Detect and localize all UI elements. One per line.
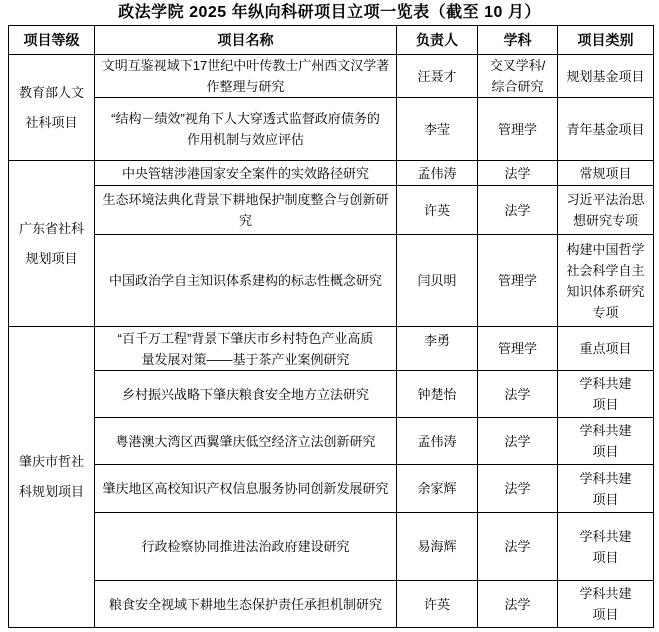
category-cell: 学科共建 项目 <box>558 513 654 581</box>
category-cell: 习近平法治思 想研究专项 <box>558 186 654 235</box>
page-title: 政法学院 2025 年纵向科研项目立项一览表（截至 10 月） <box>0 0 659 25</box>
project-name-cell: 行政检察协同推进法治政府建设研究 <box>95 513 397 581</box>
discipline-cell: 法学 <box>478 581 558 628</box>
discipline-cell: 管理学 <box>478 327 558 371</box>
pi-cell: 许英 <box>397 186 478 235</box>
project-name-cell: 乡村振兴战略下肇庆粮食安全地方立法研究 <box>95 371 397 418</box>
pi-cell: 钟楚怡 <box>397 371 478 418</box>
pi-cell: 孟伟涛 <box>397 418 478 465</box>
project-name-cell: “结构－绩效”视角下人大穿透式监督政府债务的 作用机制与效应评估 <box>95 98 397 161</box>
col-discipline: 学科 <box>478 26 558 55</box>
col-project-name: 项目名称 <box>95 26 397 55</box>
discipline-cell: 法学 <box>478 513 558 581</box>
discipline-cell: 法学 <box>478 465 558 513</box>
project-name-cell: 粤港澳大湾区西翼肇庆低空经济立法创新研究 <box>95 418 397 465</box>
pi-cell: 孟伟涛 <box>397 161 478 186</box>
category-cell: 构建中国哲学 社会科学自主 知识体系研究 专项 <box>558 235 654 327</box>
pi-cell: 余家辉 <box>397 465 478 513</box>
table-row: 乡村振兴战略下肇庆粮食安全地方立法研究钟楚怡法学学科共建 项目 <box>9 371 654 418</box>
pi-cell: 许英 <box>397 581 478 628</box>
table-row: 肇庆地区高校知识产权信息服务协同创新发展研究余家辉法学学科共建 项目 <box>9 465 654 513</box>
project-name-cell: 生态环境法典化背景下耕地保护制度整合与创新研 究 <box>95 186 397 235</box>
pi-cell: 闫贝明 <box>397 235 478 327</box>
project-name-cell: “百千万工程”背景下肇庆市乡村特色产业高质 量发展对策——基于茶产业案例研究 <box>95 327 397 371</box>
col-pi: 负责人 <box>397 26 478 55</box>
discipline-cell: 交叉学科/ 综合研究 <box>478 55 558 98</box>
project-level-cell: 教育部人文 社科项目 <box>9 55 95 161</box>
discipline-cell: 管理学 <box>478 98 558 161</box>
project-name-cell: 文明互鉴视域下17世纪中叶传教士广州西文汉学著 作整理与研究 <box>95 55 397 98</box>
table-row: 广东省社科 规划项目中央管辖涉港国家安全案件的实效路径研究孟伟涛法学常规项目 <box>9 161 654 186</box>
category-cell: 常规项目 <box>558 161 654 186</box>
category-cell: 学科共建 项目 <box>558 371 654 418</box>
table-row: 行政检察协同推进法治政府建设研究易海辉法学学科共建 项目 <box>9 513 654 581</box>
pi-cell: 李莹 <box>397 98 478 161</box>
table-row: 粤港澳大湾区西翼肇庆低空经济立法创新研究孟伟涛法学学科共建 项目 <box>9 418 654 465</box>
table-row: 生态环境法典化背景下耕地保护制度整合与创新研 究许英法学习近平法治思 想研究专项 <box>9 186 654 235</box>
table-row: 中国政治学自主知识体系建构的标志性概念研究闫贝明管理学构建中国哲学 社会科学自主… <box>9 235 654 327</box>
project-name-cell: 粮食安全视域下耕地生态保护责任承担机制研究 <box>95 581 397 628</box>
project-level-cell: 肇庆市哲社 科规划项目 <box>9 327 95 628</box>
project-level-cell: 广东省社科 规划项目 <box>9 161 95 327</box>
table-row: 粮食安全视域下耕地生态保护责任承担机制研究许英法学学科共建 项目 <box>9 581 654 628</box>
table-row: “结构－绩效”视角下人大穿透式监督政府债务的 作用机制与效应评估李莹管理学青年基… <box>9 98 654 161</box>
project-name-cell: 肇庆地区高校知识产权信息服务协同创新发展研究 <box>95 465 397 513</box>
discipline-cell: 法学 <box>478 418 558 465</box>
category-cell: 学科共建 项目 <box>558 418 654 465</box>
pi-cell: 易海辉 <box>397 513 478 581</box>
discipline-cell: 法学 <box>478 186 558 235</box>
header-row: 项目等级项目名称负责人学科项目类别 <box>9 26 654 55</box>
pi-cell: 李勇 <box>397 327 478 371</box>
category-cell: 重点项目 <box>558 327 654 371</box>
pi-cell: 汪聂才 <box>397 55 478 98</box>
project-name-cell: 中央管辖涉港国家安全案件的实效路径研究 <box>95 161 397 186</box>
category-cell: 学科共建 项目 <box>558 465 654 513</box>
col-project-level: 项目等级 <box>9 26 95 55</box>
table-row: 肇庆市哲社 科规划项目“百千万工程”背景下肇庆市乡村特色产业高质 量发展对策——… <box>9 327 654 371</box>
document-page: 政法学院 2025 年纵向科研项目立项一览表（截至 10 月） 项目等级项目名称… <box>0 0 659 628</box>
col-category: 项目类别 <box>558 26 654 55</box>
discipline-cell: 法学 <box>478 371 558 418</box>
discipline-cell: 管理学 <box>478 235 558 327</box>
discipline-cell: 法学 <box>478 161 558 186</box>
project-name-cell: 中国政治学自主知识体系建构的标志性概念研究 <box>95 235 397 327</box>
category-cell: 青年基金项目 <box>558 98 654 161</box>
table-row: 教育部人文 社科项目文明互鉴视域下17世纪中叶传教士广州西文汉学著 作整理与研究… <box>9 55 654 98</box>
category-cell: 学科共建 项目 <box>558 581 654 628</box>
projects-table: 项目等级项目名称负责人学科项目类别 教育部人文 社科项目文明互鉴视域下17世纪中… <box>8 25 654 628</box>
category-cell: 规划基金项目 <box>558 55 654 98</box>
